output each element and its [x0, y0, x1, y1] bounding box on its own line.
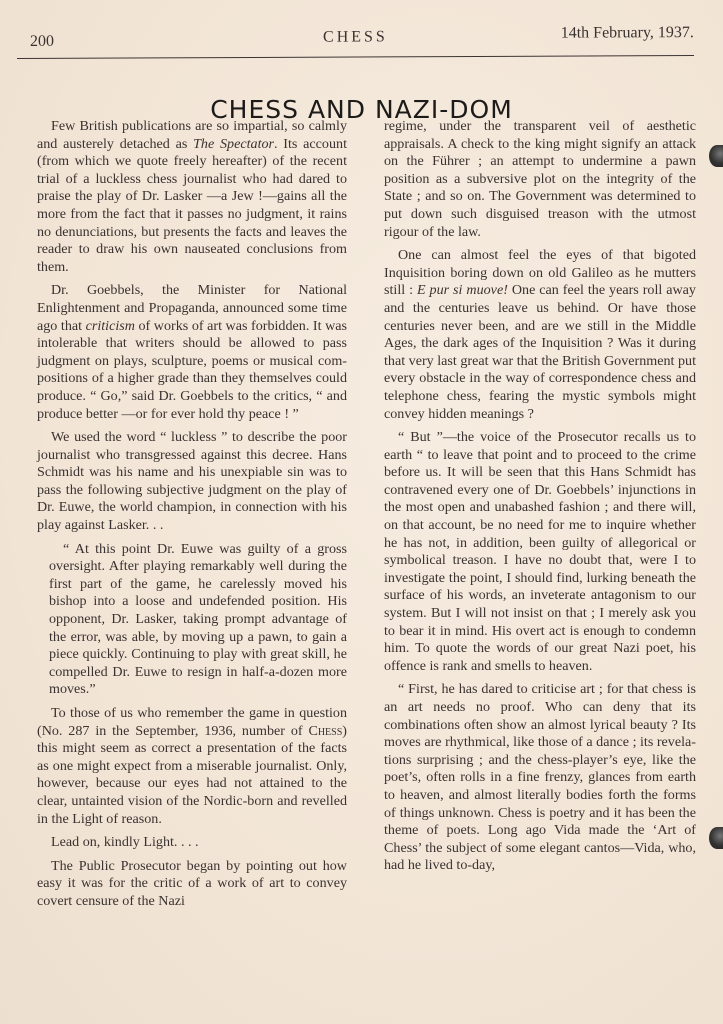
paragraph: regime, under the transparent veil of ae… [384, 118, 696, 241]
paragraph: “ At this point Dr. Euwe was guilty of a… [49, 541, 347, 699]
paragraph: To those of us who remember the game in … [37, 705, 347, 828]
running-header: 200 CHESS 14th February, 1937. [17, 19, 694, 59]
binder-hole-bottom [709, 827, 723, 849]
binder-hole-top [709, 145, 723, 167]
smallcaps-text: Chess [308, 723, 342, 739]
issue-date: 14th February, 1937. [561, 24, 694, 43]
paragraph: The Public Prosecutor began by pointing … [37, 858, 347, 911]
paragraph: “ But ”—the voice of the Prosecutor reca… [384, 429, 696, 675]
paragraph: Few British publications are so impartia… [37, 118, 347, 276]
paragraph: One can almost feel the eyes of that big… [384, 247, 696, 423]
paragraph: We used the word “ luckless ” to describ… [37, 429, 347, 535]
italic-text: criticism [86, 318, 135, 334]
italic-text: E pur si muove! [417, 282, 508, 298]
italic-text: The Spectator [193, 136, 274, 152]
paragraph: “ First, he has dared to criticise art ;… [384, 681, 696, 875]
right-column: regime, under the transparent veil of ae… [384, 118, 696, 881]
paragraph: Lead on, kindly Light. . . . [37, 834, 347, 852]
left-column: Few British publications are so impartia… [37, 118, 347, 917]
paragraph: Dr. Goebbels, the Minister for National … [37, 282, 347, 423]
